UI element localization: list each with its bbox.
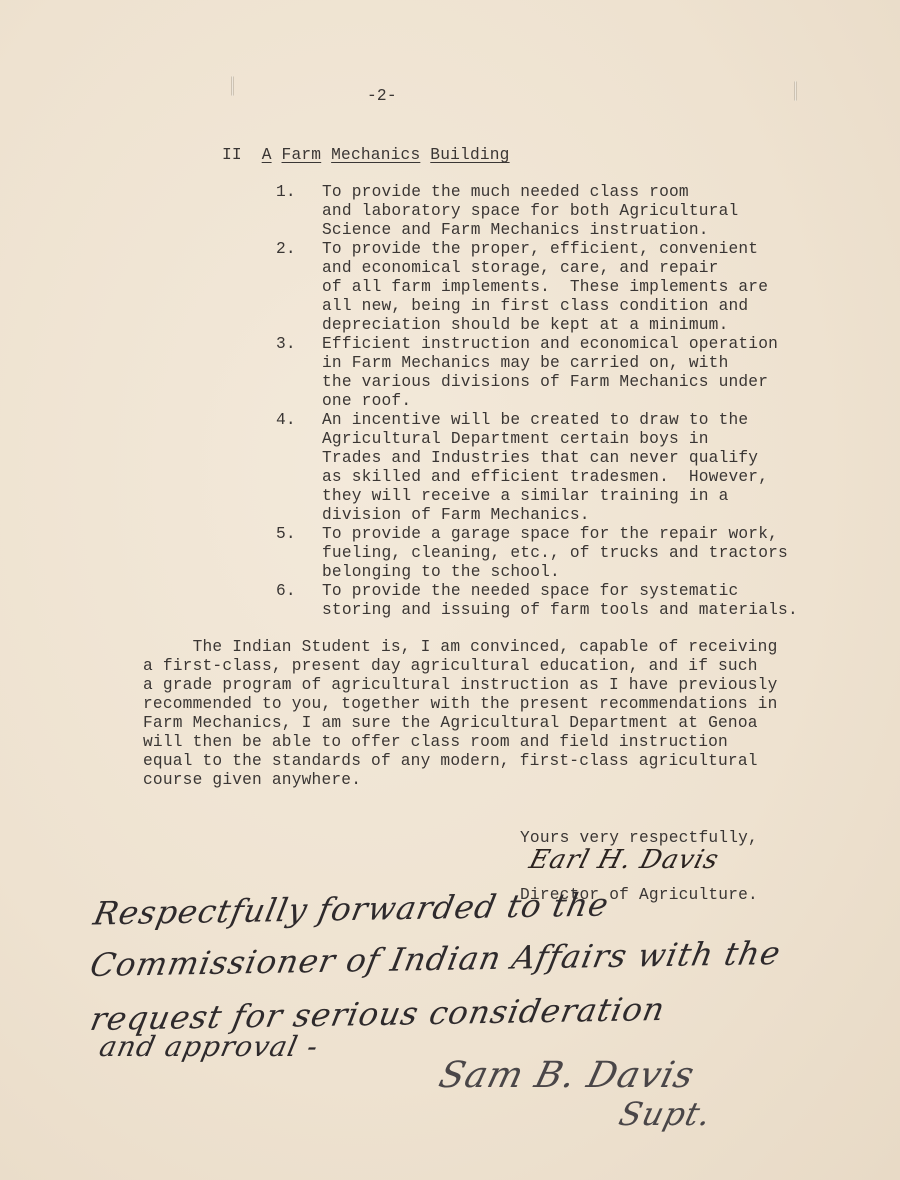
handwritten-note-line: Respectfully forwarded to the xyxy=(90,886,612,933)
section-title-word: Mechanics xyxy=(331,146,420,164)
list-item-number: 4. xyxy=(276,411,296,430)
list-item-number: 5. xyxy=(276,525,296,544)
section-heading: II A Farm Mechanics Building xyxy=(222,146,510,165)
list-item-number: 2. xyxy=(276,240,296,259)
section-title-word: A xyxy=(262,146,272,164)
list-item-number: 3. xyxy=(276,335,296,354)
list-item-number: 6. xyxy=(276,582,296,601)
list-item-text: To provide a garage space for the repair… xyxy=(322,525,788,582)
body-paragraph: The Indian Student is, I am convinced, c… xyxy=(143,638,778,790)
list-item-text: To provide the proper, efficient, conven… xyxy=(322,240,768,335)
list-item: 2. To provide the proper, efficient, con… xyxy=(276,240,316,316)
list-item-text: To provide the much needed class room an… xyxy=(322,183,738,240)
section-title-word: Farm xyxy=(282,146,322,164)
handwritten-signature-director: Earl H. Davis xyxy=(526,845,722,875)
list-item: 4. An incentive will be created to draw … xyxy=(276,411,316,487)
list-item-text: To provide the needed space for systemat… xyxy=(322,582,798,620)
list-item-text: An incentive will be created to draw to … xyxy=(322,411,768,525)
section-title-word: Building xyxy=(430,146,509,164)
page-number: -2- xyxy=(367,87,397,106)
handwritten-note-line: Commissioner of Indian Affairs with the xyxy=(87,934,784,984)
handwritten-superintendent-title: Supt. xyxy=(615,1095,716,1133)
section-numeral: II xyxy=(222,146,242,164)
list-item: 3. Efficient instruction and economical … xyxy=(276,335,316,411)
paper-page: -2- II A Farm Mechanics Building 1. To p… xyxy=(0,0,900,1180)
staple-hole-right xyxy=(794,81,797,101)
list-item-text: Efficient instruction and economical ope… xyxy=(322,335,778,411)
handwritten-note-line: and approval - xyxy=(96,1030,321,1063)
staple-hole-left xyxy=(231,76,234,96)
list-item-number: 1. xyxy=(276,183,296,202)
handwritten-signature-superintendent: Sam B. Davis xyxy=(435,1055,699,1096)
